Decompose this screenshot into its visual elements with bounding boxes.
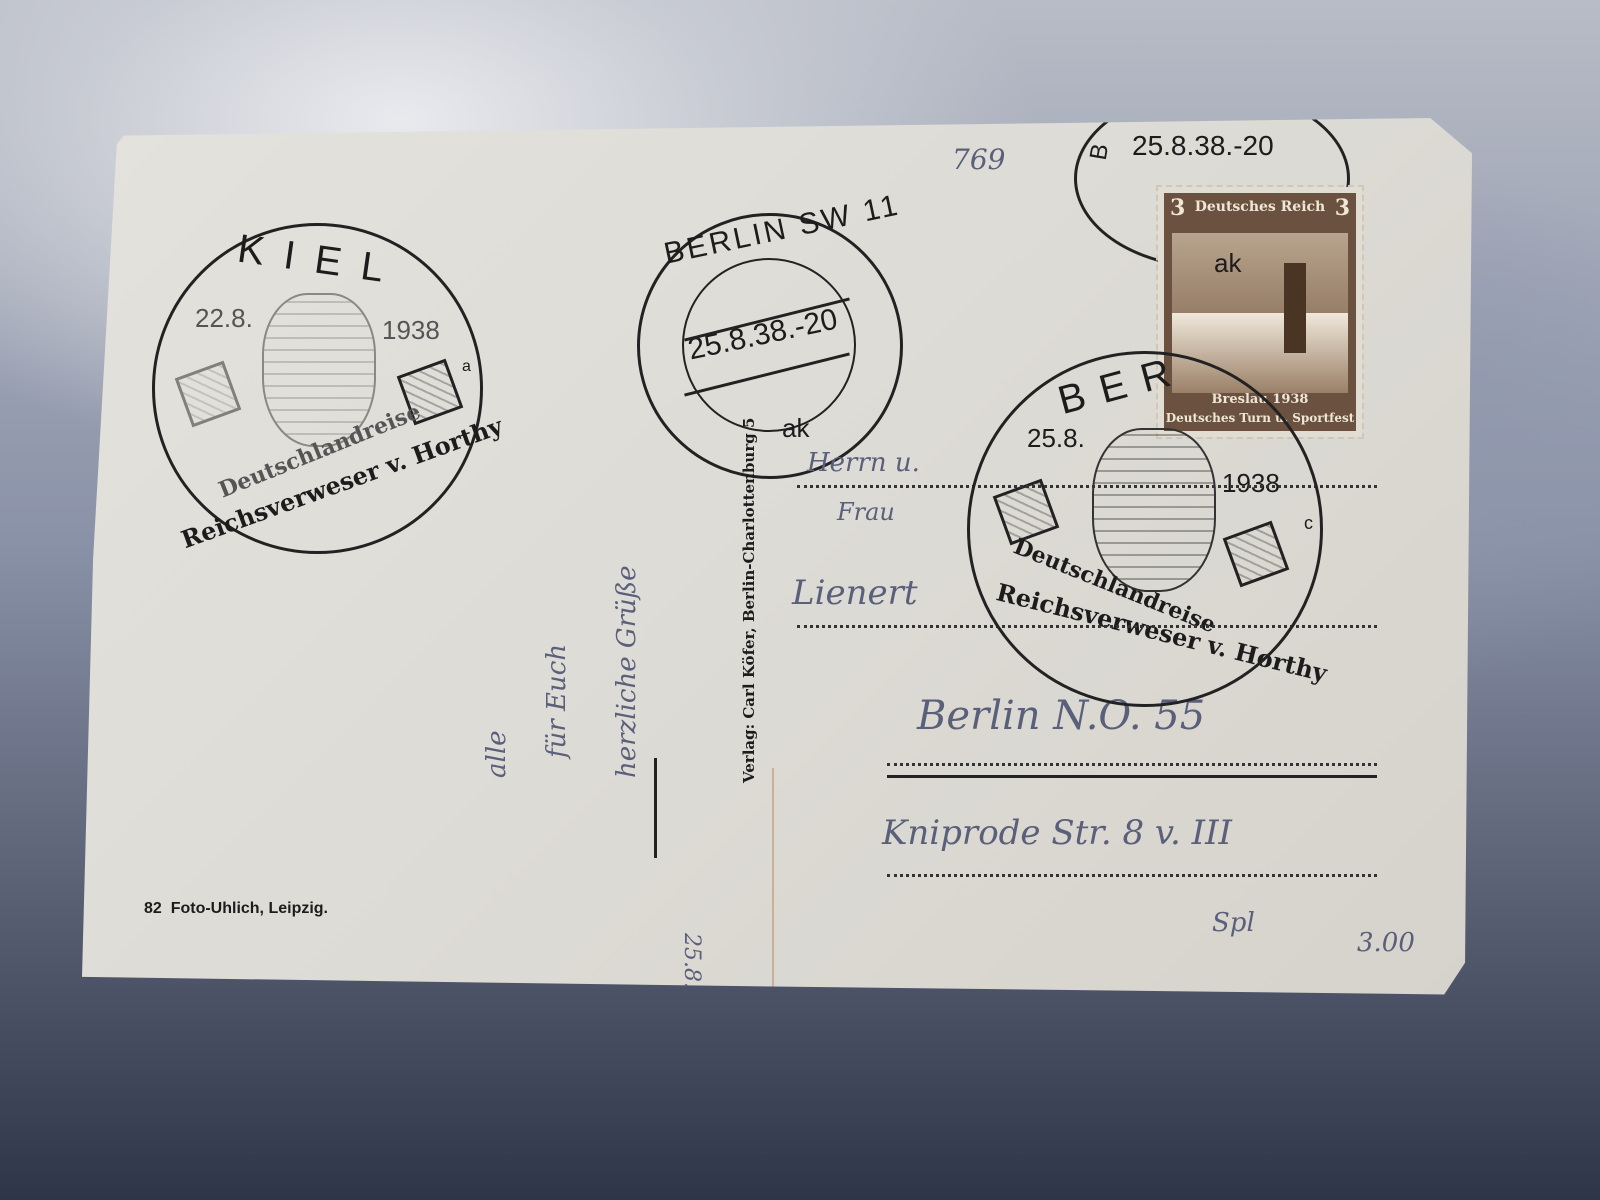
paper-tear	[772, 768, 782, 1108]
address-salutation: Herrn u.	[807, 448, 920, 478]
catalog-number: 769	[952, 143, 1005, 176]
photo-credit: 82 Foto-Uhlich, Leipzig.	[144, 900, 328, 918]
address-line-3	[887, 763, 1377, 766]
address-street: Kniprode Str. 8 v. III	[882, 813, 1232, 853]
kiel-letter: a	[462, 358, 471, 376]
address-name: Lienert	[792, 573, 918, 613]
divider-line	[654, 758, 657, 858]
address-underline	[887, 775, 1377, 778]
berlin-sw11-suffix: ak	[782, 413, 809, 444]
stamp-value-right: 3	[1335, 195, 1350, 221]
postcard: KIEL 22.8. 1938 a Deutschlandreise Reich…	[82, 118, 1472, 998]
note-spl: Spl	[1212, 908, 1255, 938]
message-line-2: für Euch	[542, 644, 572, 758]
stamp-value-left: 3	[1170, 195, 1185, 221]
kiel-year: 1938	[382, 315, 440, 346]
berlin-special-postmark	[967, 351, 1323, 707]
message-line-1: herzliche Grüße	[612, 565, 642, 778]
stamp-header: Deutsches Reich	[1164, 199, 1356, 215]
stamp-tower	[1284, 263, 1306, 353]
kiel-date: 22.8.	[195, 303, 253, 334]
address-line-4	[887, 874, 1377, 877]
berlin-top-datetime: 25.8.38.-20	[1132, 130, 1274, 162]
berlin-top-suffix: ak	[1214, 248, 1241, 279]
side-date: 25.8.38	[679, 933, 704, 1017]
publisher-imprint: Verlag: Carl Köfer, Berlin-Charlottenbur…	[740, 418, 758, 783]
price-note: 3.00	[1357, 928, 1415, 958]
message-line-3: alle	[482, 730, 512, 778]
address-frau: Frau	[837, 498, 895, 526]
